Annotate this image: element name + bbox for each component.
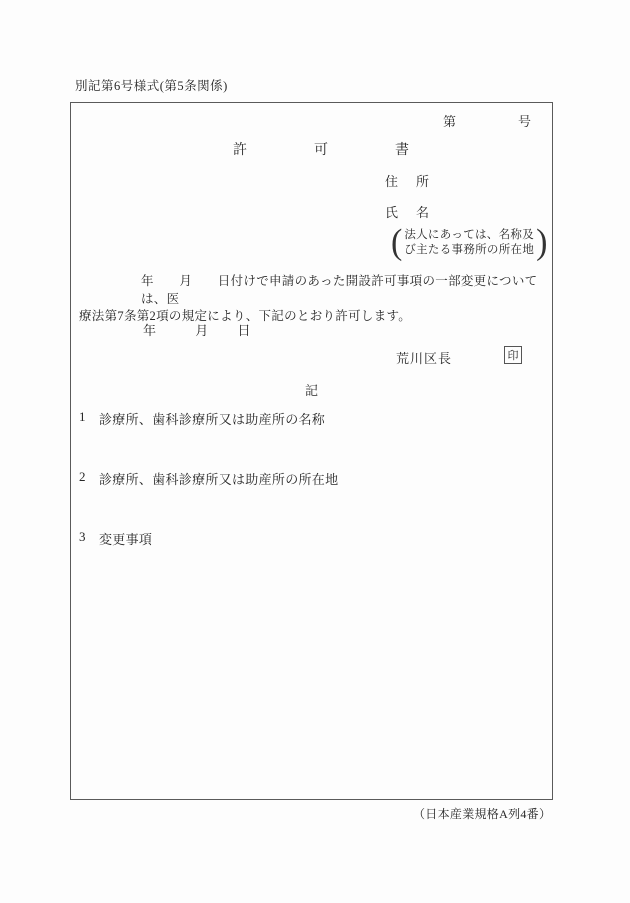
date-year-label: 年 xyxy=(143,323,156,338)
issuer-name: 荒川区長 xyxy=(396,348,546,367)
date-day-label: 日 xyxy=(238,323,251,338)
seal-character: 印 xyxy=(508,347,519,363)
body-paragraph: 年 月 日付けで申請のあった開設許可事項の一部変更については、医 療法第7条第2… xyxy=(79,273,549,326)
open-bracket: ( xyxy=(391,222,402,264)
corporate-note-line-1: 法人にあっては、名称及 xyxy=(404,229,534,241)
item-3-label: 変更事項 xyxy=(99,529,152,548)
list-item-3: 3 変更事項 xyxy=(79,529,152,548)
document-title: 許 可 書 xyxy=(233,139,409,159)
title-char-3: 書 xyxy=(395,139,409,159)
corporate-note-line-2: び主たる事務所の所在地 xyxy=(404,244,534,256)
corporate-note: ( 法人にあっては、名称及 び主たる事務所の所在地 ) xyxy=(391,223,547,263)
address-label: 住 所 xyxy=(385,171,429,190)
number-prefix: 第 xyxy=(443,111,456,130)
item-1-number: 1 xyxy=(79,409,99,428)
list-item-2: 2 診療所、歯科診療所又は助産所の所在地 xyxy=(79,469,338,488)
body-line-1: 年 月 日付けで申請のあった開設許可事項の一部変更については、医 xyxy=(79,273,549,308)
title-char-1: 許 xyxy=(233,139,247,159)
item-1-label: 診療所、歯科診療所又は助産所の名称 xyxy=(99,409,325,428)
name-char-1: 氏 xyxy=(385,202,398,221)
ki-heading: 記 xyxy=(71,380,552,399)
item-2-number: 2 xyxy=(79,469,99,488)
document-page: 別記第6号様式(第5条関係) 第 号 許 可 書 住 所 氏 名 ( 法人にあっ… xyxy=(0,0,630,903)
seal-mark-box: 印 xyxy=(504,346,522,364)
name-label: 氏 名 xyxy=(385,202,429,221)
document-border-frame: 第 号 許 可 書 住 所 氏 名 ( 法人にあっては、名称及 び主たる事務所の… xyxy=(70,102,553,800)
name-char-2: 名 xyxy=(416,202,429,221)
paper-size-note: （日本産業規格A列4番） xyxy=(413,805,551,822)
list-item-1: 1 診療所、歯科診療所又は助産所の名称 xyxy=(79,409,325,428)
date-month-label: 月 xyxy=(195,323,208,338)
corporate-note-text: 法人にあっては、名称及 び主たる事務所の所在地 xyxy=(402,228,536,258)
item-2-label: 診療所、歯科診療所又は助産所の所在地 xyxy=(99,469,338,488)
issue-date-line: 年 月 日 xyxy=(143,320,251,339)
address-char-2: 所 xyxy=(416,171,429,190)
certificate-number-line: 第 号 xyxy=(443,111,531,130)
address-char-1: 住 xyxy=(385,171,398,190)
item-3-number: 3 xyxy=(79,529,99,548)
title-char-2: 可 xyxy=(314,139,328,159)
number-suffix: 号 xyxy=(518,111,531,130)
form-style-label: 別記第6号様式(第5条関係) xyxy=(75,76,228,94)
close-bracket: ) xyxy=(536,222,547,264)
